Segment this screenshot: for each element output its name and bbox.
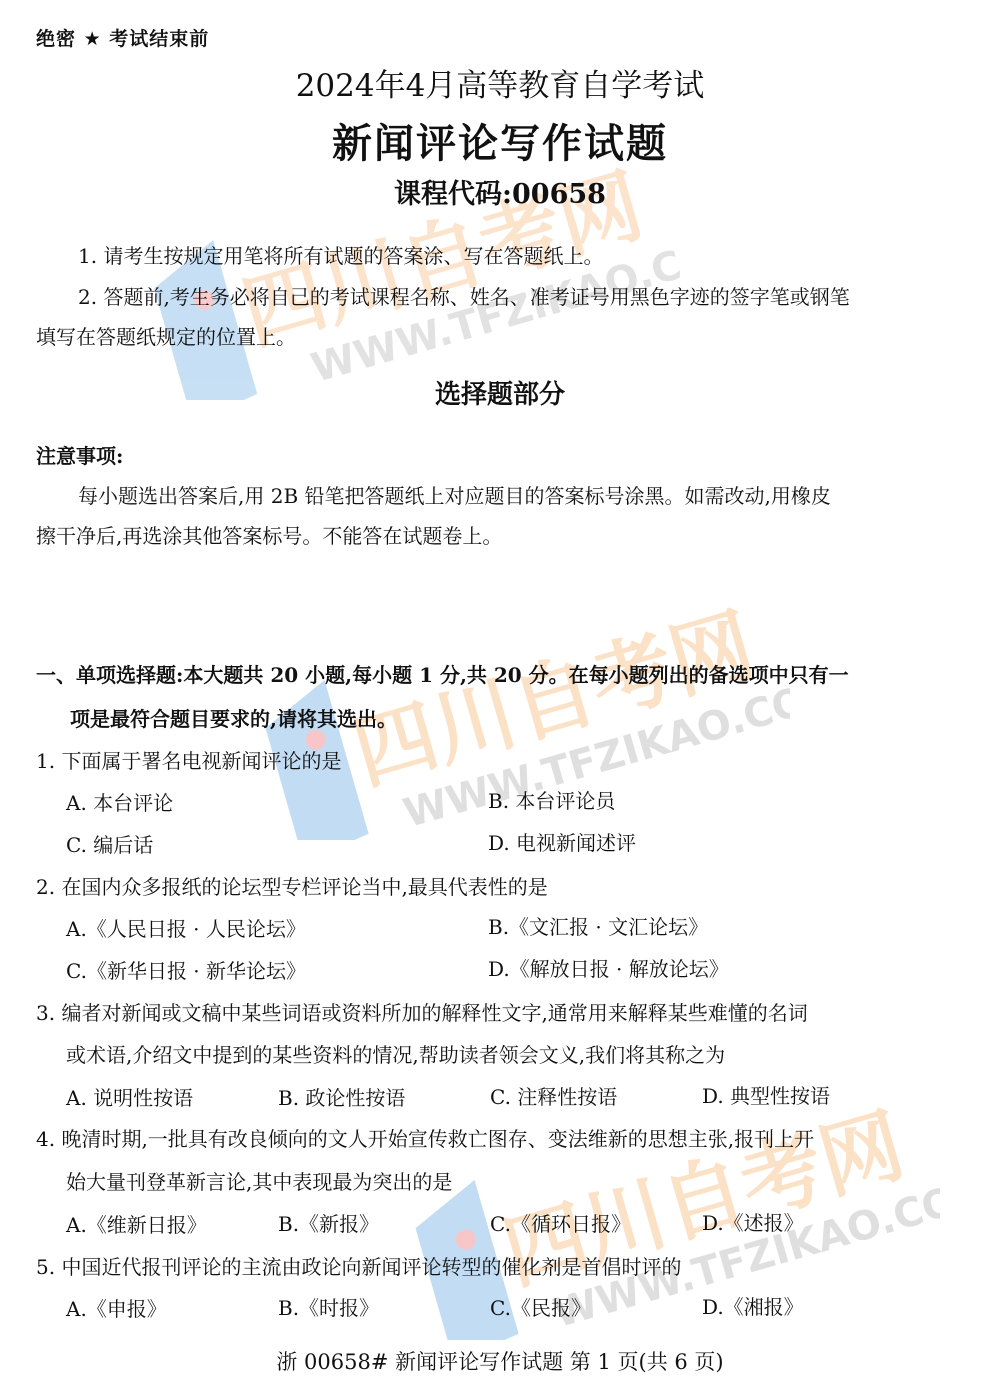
q1-option-a: A. 本台评论 (66, 787, 173, 816)
notes-line-1: 每小题选出答案后,用 2B 铅笔把答题纸上对应题目的答案标号涂黑。如需改动,用橡… (78, 480, 831, 509)
q4-option-b: B.《新报》 (278, 1208, 379, 1237)
q3-option-d: D. 典型性按语 (702, 1080, 830, 1109)
exam-title: 2024年4月高等教育自学考试 (0, 60, 1000, 105)
q5-option-d: D.《湘报》 (702, 1291, 804, 1320)
instruction-2: 2. 答题前,考生务必将自己的考试课程名称、姓名、准考证号用黑色字迹的签字笔或钢… (78, 281, 850, 310)
q3-option-c: C. 注释性按语 (490, 1081, 617, 1110)
svg-text:四川自考网: 四川自考网 (344, 598, 764, 802)
q5-option-b: B.《时报》 (278, 1292, 379, 1321)
q1-option-c: C. 编后话 (66, 829, 153, 858)
q2-option-d: D.《解放日报 · 解放论坛》 (488, 953, 729, 982)
page-footer: 浙 00658# 新闻评论写作试题 第 1 页(共 6 页) (0, 1346, 1000, 1376)
q4-option-c: C.《循环日报》 (490, 1208, 631, 1237)
q1-option-b: B. 本台评论员 (488, 785, 615, 814)
part-heading-2: 项是最符合题目要求的,请将其选出。 (70, 703, 397, 732)
q4-option-d: D.《述报》 (702, 1207, 804, 1236)
q5-option-a: A.《申报》 (66, 1293, 167, 1322)
q2-option-a: A.《人民日报 · 人民论坛》 (66, 913, 306, 942)
course-code: 课程代码:00658 (0, 172, 1000, 211)
q5-option-c: C.《民报》 (490, 1292, 591, 1321)
question-1-stem: 1. 下面属于署名电视新闻评论的是 (36, 745, 341, 774)
question-5-stem: 5. 中国近代报刊评论的主流由政论向新闻评论转型的催化剂是首倡时评的 (36, 1251, 681, 1280)
instruction-1: 1. 请考生按规定用笔将所有试题的答案涂、写在答题纸上。 (78, 240, 603, 269)
q2-option-b: B.《文汇报 · 文汇论坛》 (488, 911, 708, 940)
secret-mark: 绝密 ★ 考试结束前 (36, 24, 209, 51)
paper-title: 新闻评论写作试题 (0, 112, 1000, 169)
q2-option-c: C.《新华日报 · 新华论坛》 (66, 955, 306, 984)
watermark-bottom: 四川自考网 WWW.TFZIKAO.COM (380, 1080, 940, 1340)
question-3-stem-2: 或术语,介绍文中提到的某些资料的情况,帮助读者领会文义,我们将其称之为 (66, 1039, 725, 1068)
notes-label: 注意事项: (36, 440, 123, 469)
question-2-stem: 2. 在国内众多报纸的论坛型专栏评论当中,最具代表性的是 (36, 871, 548, 900)
part-heading-1: 一、单项选择题:本大题共 20 小题,每小题 1 分,共 20 分。在每小题列出… (36, 659, 849, 688)
q3-option-b: B. 政论性按语 (278, 1082, 405, 1111)
q1-option-d: D. 电视新闻述评 (488, 827, 636, 856)
question-3-stem-1: 3. 编者对新闻或文稿中某些词语或资料所加的解释性文字,通常用来解释某些难懂的名… (36, 997, 808, 1026)
instruction-2-cont: 填写在答题纸规定的位置上。 (36, 321, 296, 350)
question-4-stem-2: 始大量刊登革新言论,其中表现最为突出的是 (66, 1166, 452, 1195)
notes-line-2: 擦干净后,再选涂其他答案标号。不能答在试题卷上。 (36, 520, 502, 549)
section-title: 选择题部分 (0, 374, 1000, 411)
q3-option-a: A. 说明性按语 (66, 1082, 193, 1111)
question-4-stem-1: 4. 晚清时期,一批具有改良倾向的文人开始宣传救亡图存、变法维新的思想主张,报刊… (36, 1123, 814, 1152)
q4-option-a: A.《维新日报》 (66, 1209, 207, 1238)
